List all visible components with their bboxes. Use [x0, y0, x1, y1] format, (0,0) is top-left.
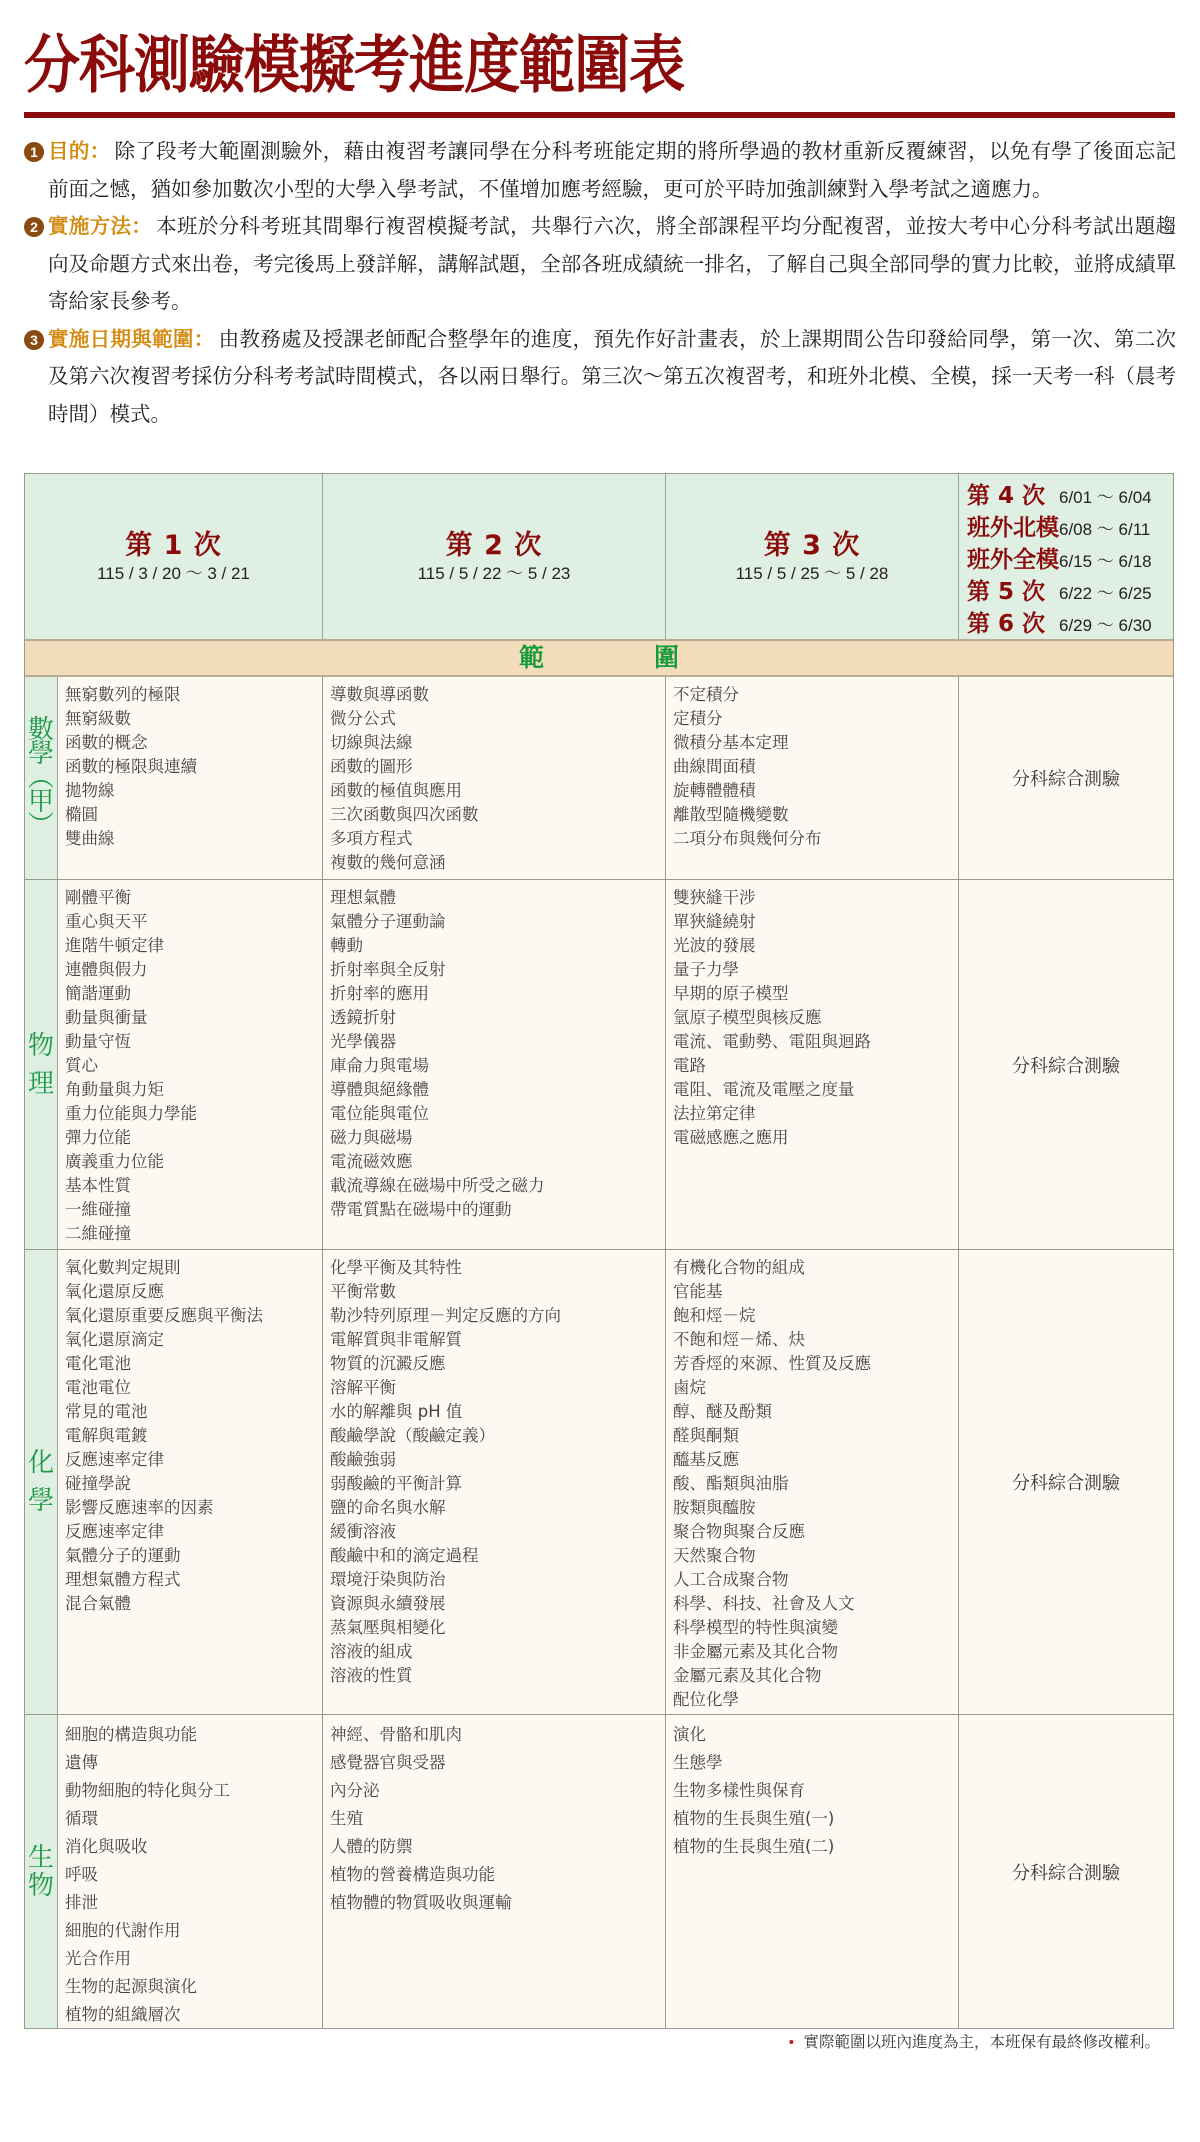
biology-round-2: 神經、骨骼和肌肉感覺器官與受器內分泌生殖人體的防禦植物的營養構造與功能植物體的物…: [323, 1715, 666, 2028]
topic-item: 光波的發展: [673, 934, 958, 958]
intro-schedule: 3實施日期與範圍：由教務處及授課老師配合整學年的進度，預先作好計畫表，於上課期間…: [24, 321, 1176, 434]
topic-item: 有機化合物的組成: [673, 1256, 958, 1280]
schedule-label: 實施日期與範圍: [48, 327, 194, 351]
math-round-4-plus: 分科綜合測驗: [959, 677, 1173, 879]
title-divider: [24, 112, 1175, 118]
topic-item: 鹵烷: [673, 1376, 958, 1400]
topic-item: 質心: [65, 1054, 322, 1078]
topic-item: 光合作用: [65, 1945, 322, 1973]
topic-item: 函數的極值與應用: [330, 779, 665, 803]
topic-item: 函數的圖形: [330, 755, 665, 779]
topic-item: 反應速率定律: [65, 1448, 322, 1472]
topic-item: 溶液的組成: [330, 1640, 665, 1664]
topic-item: 細胞的構造與功能: [65, 1721, 322, 1749]
topic-item: 氧化還原滴定: [65, 1328, 322, 1352]
subject-char: 學: [28, 1489, 54, 1513]
math-round-1: 無窮數列的極限無窮級數函數的概念函數的極限與連續拋物線橢圓雙曲線: [58, 677, 323, 879]
math-round-3: 不定積分定積分微積分基本定理曲線間面積旋轉體體積離散型隨機變數二項分布與幾何分布: [666, 677, 959, 879]
topic-item: 酸鹼學說（酸鹼定義）: [330, 1424, 665, 1448]
topic-item: 碰撞學說: [65, 1472, 322, 1496]
schedule-text: 由教務處及授課老師配合整學年的進度，預先作好計畫表，於上課期間公告印發給同學，第…: [48, 327, 1176, 426]
topic-item: 植物的生長與生殖(一): [673, 1805, 958, 1833]
topic-item: 單狹縫繞射: [673, 910, 958, 934]
topic-item: 遺傳: [65, 1749, 322, 1777]
topic-item: 電磁感應之應用: [673, 1126, 958, 1150]
intro-purpose: 1目的：除了段考大範圍測驗外，藉由複習考讓同學在分科考班能定期的將所學過的教材重…: [24, 133, 1176, 208]
topic-item: 轉動: [330, 934, 665, 958]
number-2-icon: 2: [24, 217, 44, 237]
topic-item: 廣義重力位能: [65, 1150, 322, 1174]
topic-item: 載流導線在磁場中所受之磁力: [330, 1174, 665, 1198]
topic-item: 植物的生長與生殖(二): [673, 1833, 958, 1861]
chemistry-round-4-plus: 分科綜合測驗: [959, 1250, 1173, 1714]
topic-item: 呼吸: [65, 1861, 322, 1889]
topic-item: 雙曲線: [65, 827, 322, 851]
topic-item: 無窮數列的極限: [65, 683, 322, 707]
math-round-2: 導數與導函數微分公式切線與法線函數的圖形函數的極值與應用三次函數與四次函數多項方…: [323, 677, 666, 879]
topic-item: 植物的營養構造與功能: [330, 1861, 665, 1889]
topic-item: 影響反應速率的因素: [65, 1496, 322, 1520]
topic-item: 植物的組織層次: [65, 2001, 322, 2029]
topic-item: 電化電池: [65, 1352, 322, 1376]
topic-item: 電解質與非電解質: [330, 1328, 665, 1352]
purpose-text: 除了段考大範圍測驗外，藉由複習考讓同學在分科考班能定期的將所學過的教材重新反覆練…: [48, 139, 1176, 201]
chemistry-round-1: 氧化數判定規則氧化還原反應氧化還原重要反應與平衡法氧化還原滴定電化電池電池電位常…: [58, 1250, 323, 1714]
round-6-entry: 第 6 次6/29 ～ 6/30: [967, 605, 1152, 637]
topic-item: 感覺器官與受器: [330, 1749, 665, 1777]
topic-item: 電阻、電流及電壓之度量: [673, 1078, 958, 1102]
topic-item: 氣體分子的運動: [65, 1544, 322, 1568]
topic-item: 人體的防禦: [330, 1833, 665, 1861]
biology-round-1: 細胞的構造與功能遺傳動物細胞的特化與分工循環消化與吸收呼吸排泄細胞的代謝作用光合…: [58, 1715, 323, 2028]
topic-item: 配位化學: [673, 1688, 958, 1712]
topic-item: 剛體平衡: [65, 886, 322, 910]
topic-item: 動物細胞的特化與分工: [65, 1777, 322, 1805]
topic-item: 切線與法線: [330, 731, 665, 755]
topic-item: 天然聚合物: [673, 1544, 958, 1568]
topic-item: 拋物線: [65, 779, 322, 803]
subject-char: 物: [28, 1034, 54, 1058]
topic-item: 醛與酮類: [673, 1424, 958, 1448]
topic-item: 簡諧運動: [65, 982, 322, 1006]
subject-char: 化: [28, 1451, 54, 1475]
topic-item: 氣體分子運動論: [330, 910, 665, 934]
topic-item: 曲線間面積: [673, 755, 958, 779]
physics-round-2: 理想氣體氣體分子運動論轉動折射率與全反射折射率的應用透鏡折射光學儀器庫侖力與電場…: [323, 880, 666, 1249]
topic-item: 透鏡折射: [330, 1006, 665, 1030]
page-title: 分科測驗模擬考進度範圍表: [24, 26, 684, 104]
topic-item: 神經、骨骼和肌肉: [330, 1721, 665, 1749]
round-5-entry: 第 5 次6/22 ～ 6/25: [967, 573, 1152, 605]
topic-item: 氧化還原重要反應與平衡法: [65, 1304, 322, 1328]
topic-item: 量子力學: [673, 958, 958, 982]
biology-round-4-plus: 分科綜合測驗: [959, 1715, 1173, 2028]
topic-item: 電位能與電位: [330, 1102, 665, 1126]
topic-item: 折射率的應用: [330, 982, 665, 1006]
topic-item: 緩衝溶液: [330, 1520, 665, 1544]
topic-item: 帶電質點在磁場中的運動: [330, 1198, 665, 1222]
topic-item: 植物體的物質吸收與運輸: [330, 1889, 665, 1917]
topic-item: 光學儀器: [330, 1030, 665, 1054]
topic-item: 離散型隨機變數: [673, 803, 958, 827]
topic-item: 氧化數判定規則: [65, 1256, 322, 1280]
topic-item: 二維碰撞: [65, 1222, 322, 1246]
topic-item: 角動量與力矩: [65, 1078, 322, 1102]
topic-item: 電解與電鍍: [65, 1424, 322, 1448]
subject-row-biology: 生物 細胞的構造與功能遺傳動物細胞的特化與分工循環消化與吸收呼吸排泄細胞的代謝作…: [25, 1715, 1173, 2028]
topic-item: 導體與絕緣體: [330, 1078, 665, 1102]
footnote: •實際範圍以班內進度為主，本班保有最終修改權利。: [787, 2030, 1160, 2052]
topic-item: 水的解離與 pH 值: [330, 1400, 665, 1424]
topic-item: 內分泌: [330, 1777, 665, 1805]
topic-item: 鹽的命名與水解: [330, 1496, 665, 1520]
number-3-icon: 3: [24, 330, 44, 350]
chemistry-round-2: 化學平衡及其特性平衡常數勒沙特列原理－判定反應的方向電解質與非電解質物質的沉澱反…: [323, 1250, 666, 1714]
topic-item: 多項方程式: [330, 827, 665, 851]
topic-item: 重心與天平: [65, 910, 322, 934]
topic-item: 胺類與醯胺: [673, 1496, 958, 1520]
topic-item: 函數的極限與連續: [65, 755, 322, 779]
topic-item: 電路: [673, 1054, 958, 1078]
topic-item: 動量守恆: [65, 1030, 322, 1054]
topic-item: 科學、科技、社會及人文: [673, 1592, 958, 1616]
physics-round-4-plus: 分科綜合測驗: [959, 880, 1173, 1249]
topic-item: 法拉第定律: [673, 1102, 958, 1126]
footnote-text: 實際範圍以班內進度為主，本班保有最終修改權利。: [803, 2033, 1160, 2051]
north-mock-entry: 班外北模6/08 ～ 6/11: [967, 509, 1150, 541]
physics-round-1: 剛體平衡重心與天平進階牛頓定律連體與假力簡諧運動動量與衝量動量守恆質心角動量與力…: [58, 880, 323, 1249]
intro-section: 1目的：除了段考大範圍測驗外，藉由複習考讓同學在分科考班能定期的將所學過的教材重…: [24, 133, 1176, 433]
topic-item: 消化與吸收: [65, 1833, 322, 1861]
topic-item: 混合氣體: [65, 1592, 322, 1616]
topic-item: 人工合成聚合物: [673, 1568, 958, 1592]
topic-item: 飽和烴－烷: [673, 1304, 958, 1328]
topic-item: 溶解平衡: [330, 1376, 665, 1400]
topic-item: 蒸氣壓與相變化: [330, 1616, 665, 1640]
subject-char: 生: [28, 1844, 54, 1872]
topic-item: 重力位能與力學能: [65, 1102, 322, 1126]
topic-item: 芳香烴的來源、性質及反應: [673, 1352, 958, 1376]
subject-char: 理: [28, 1072, 54, 1096]
number-1-icon: 1: [24, 142, 44, 162]
topic-item: 雙狹縫干涉: [673, 886, 958, 910]
topic-item: 生態學: [673, 1749, 958, 1777]
topic-item: 化學平衡及其特性: [330, 1256, 665, 1280]
method-text: 本班於分科考班其間舉行複習模擬考試，共舉行六次，將全部課程平均分配複習，並按大考…: [48, 214, 1176, 313]
topic-item: 平衡常數: [330, 1280, 665, 1304]
topic-item: 橢圓: [65, 803, 322, 827]
topic-item: 弱酸鹼的平衡計算: [330, 1472, 665, 1496]
purpose-label: 目的: [48, 139, 90, 163]
national-mock-entry: 班外全模6/15 ～ 6/18: [967, 541, 1152, 573]
topic-item: 勒沙特列原理－判定反應的方向: [330, 1304, 665, 1328]
topic-item: 理想氣體: [330, 886, 665, 910]
topic-item: 酸鹼強弱: [330, 1448, 665, 1472]
topic-item: 資源與永續發展: [330, 1592, 665, 1616]
subject-label-math: 數學︵甲︶: [25, 677, 58, 879]
method-label: 實施方法: [48, 214, 131, 238]
topic-item: 函數的概念: [65, 731, 322, 755]
round-1-header: 第 1 次 115 / 3 / 20 ～ 3 / 21: [25, 474, 323, 639]
topic-item: 排泄: [65, 1889, 322, 1917]
topic-item: 酸、酯類與油脂: [673, 1472, 958, 1496]
topic-item: 複數的幾何意涵: [330, 851, 665, 875]
topic-item: 三次函數與四次函數: [330, 803, 665, 827]
topic-item: 電池電位: [65, 1376, 322, 1400]
topic-item: 不定積分: [673, 683, 958, 707]
late-rounds-header: 第 4 次6/01 ～ 6/04 班外北模6/08 ～ 6/11 班外全模6/1…: [959, 474, 1173, 639]
topic-item: 基本性質: [65, 1174, 322, 1198]
topic-item: 生殖: [330, 1805, 665, 1833]
subject-char: 物: [28, 1872, 54, 1900]
topic-item: 生物多樣性與保育: [673, 1777, 958, 1805]
topic-item: 氫原子模型與核反應: [673, 1006, 958, 1030]
topic-item: 微積分基本定理: [673, 731, 958, 755]
topic-item: 非金屬元素及其化合物: [673, 1640, 958, 1664]
topic-item: 生物的起源與演化: [65, 1973, 322, 2001]
topic-item: 官能基: [673, 1280, 958, 1304]
topic-item: 折射率與全反射: [330, 958, 665, 982]
topic-item: 二項分布與幾何分布: [673, 827, 958, 851]
topic-item: 連體與假力: [65, 958, 322, 982]
bullet-icon: •: [787, 2035, 795, 2051]
topic-item: 演化: [673, 1721, 958, 1749]
physics-round-3: 雙狹縫干涉單狹縫繞射光波的發展量子力學早期的原子模型氫原子模型與核反應電流、電動…: [666, 880, 959, 1249]
chemistry-round-3: 有機化合物的組成官能基飽和烴－烷不飽和烴－烯、炔芳香烴的來源、性質及反應鹵烷醇、…: [666, 1250, 959, 1714]
topic-item: 聚合物與聚合反應: [673, 1520, 958, 1544]
round-2-header: 第 2 次 115 / 5 / 22 ～ 5 / 23: [323, 474, 666, 639]
range-band: 範圍: [25, 641, 1173, 677]
topic-item: 導數與導函數: [330, 683, 665, 707]
subject-label-biology: 生物: [25, 1715, 58, 2028]
topic-item: 氧化還原反應: [65, 1280, 322, 1304]
topic-item: 金屬元素及其化合物: [673, 1664, 958, 1688]
topic-item: 細胞的代謝作用: [65, 1917, 322, 1945]
round-4-entry: 第 4 次6/01 ～ 6/04: [967, 477, 1152, 509]
topic-item: 電流磁效應: [330, 1150, 665, 1174]
subject-label-physics: 物理: [25, 880, 58, 1249]
topic-item: 不飽和烴－烯、炔: [673, 1328, 958, 1352]
topic-item: 彈力位能: [65, 1126, 322, 1150]
topic-item: 無窮級數: [65, 707, 322, 731]
subject-char: ︶: [28, 814, 54, 838]
topic-item: 酸鹼中和的滴定過程: [330, 1544, 665, 1568]
topic-item: 環境汙染與防治: [330, 1568, 665, 1592]
topic-item: 理想氣體方程式: [65, 1568, 322, 1592]
topic-item: 旋轉體體積: [673, 779, 958, 803]
schedule-table: 第 1 次 115 / 3 / 20 ～ 3 / 21 第 2 次 115 / …: [24, 473, 1174, 2029]
table-header-row: 第 1 次 115 / 3 / 20 ～ 3 / 21 第 2 次 115 / …: [25, 474, 1173, 641]
topic-item: 磁力與磁場: [330, 1126, 665, 1150]
topic-item: 電流、電動勢、電阻與迴路: [673, 1030, 958, 1054]
topic-item: 醯基反應: [673, 1448, 958, 1472]
topic-item: 溶液的性質: [330, 1664, 665, 1688]
biology-round-3: 演化生態學生物多樣性與保育植物的生長與生殖(一)植物的生長與生殖(二): [666, 1715, 959, 2028]
topic-item: 進階牛頓定律: [65, 934, 322, 958]
subject-row-chemistry: 化學 氧化數判定規則氧化還原反應氧化還原重要反應與平衡法氧化還原滴定電化電池電池…: [25, 1250, 1173, 1715]
subject-row-math: 數學︵甲︶ 無窮數列的極限無窮級數函數的概念函數的極限與連續拋物線橢圓雙曲線 導…: [25, 677, 1173, 880]
topic-item: 科學模型的特性與演變: [673, 1616, 958, 1640]
intro-method: 2實施方法：本班於分科考班其間舉行複習模擬考試，共舉行六次，將全部課程平均分配複…: [24, 208, 1176, 321]
topic-item: 早期的原子模型: [673, 982, 958, 1006]
topic-item: 常見的電池: [65, 1400, 322, 1424]
subject-label-chemistry: 化學: [25, 1250, 58, 1714]
topic-item: 微分公式: [330, 707, 665, 731]
topic-item: 庫侖力與電場: [330, 1054, 665, 1078]
topic-item: 一維碰撞: [65, 1198, 322, 1222]
topic-item: 反應速率定律: [65, 1520, 322, 1544]
round-3-header: 第 3 次 115 / 5 / 25 ～ 5 / 28: [666, 474, 959, 639]
topic-item: 物質的沉澱反應: [330, 1352, 665, 1376]
topic-item: 動量與衝量: [65, 1006, 322, 1030]
topic-item: 定積分: [673, 707, 958, 731]
subject-row-physics: 物理 剛體平衡重心與天平進階牛頓定律連體與假力簡諧運動動量與衝量動量守恆質心角動…: [25, 880, 1173, 1250]
topic-item: 循環: [65, 1805, 322, 1833]
topic-item: 醇、醚及酚類: [673, 1400, 958, 1424]
